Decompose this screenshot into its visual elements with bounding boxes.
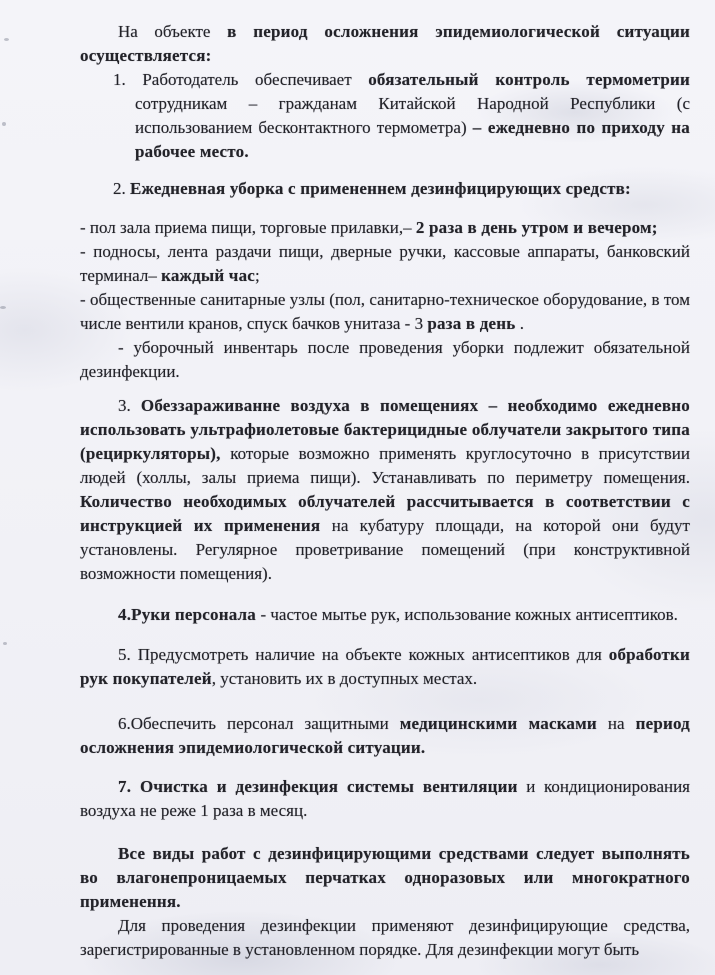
text-run-bold: 7. Очистка и дезинфекция системы вентиля… [118,777,518,796]
paragraph-item-3: 3. Обеззараживанне воздуха в помещениях … [80,394,690,586]
scan-artifact [4,38,9,41]
list-item-2-heading: 2. Ежедневная уборка с примененнем дезин… [80,177,690,201]
text-run-bold: каждый час [161,266,255,285]
text-run: - уборочный инвентарь после проведения у… [80,338,690,381]
paragraph-item-7: 7. Очистка и дезинфекция системы вентиля… [80,775,690,823]
text-run-bold: медицинскими масками [400,714,597,733]
scan-artifact [2,122,6,126]
paragraph-intro: На объекте в период осложнения эпидемиол… [80,20,690,68]
bullet-inventory: - уборочный инвентарь после проведения у… [80,336,690,384]
paragraph-work-rules: Все виды работ с дезинфицирующими средст… [80,842,690,914]
text-run: , установить их в доступных местах. [212,669,477,688]
text-run: Для проведения дезинфекции применяют дез… [80,916,690,959]
text-run: - общественные санитарные узлы (пол, сан… [80,290,690,333]
text-run: На объекте [118,22,227,41]
text-run-bold: 4.Руки персонала [118,605,260,624]
text-run: 5. Предусмотреть наличие на объекте кожн… [118,645,609,664]
text-run: 1. Работодатель обеспечивает [113,70,368,89]
text-run-bold: Ежедневная уборка с примененнем дезинфиц… [130,179,631,198]
text-run: 6.Обеспечить персонал защитными [118,714,400,733]
bullet-sanitary: - общественные санитарные узлы (пол, сан… [80,288,690,336]
text-run: 2. [113,179,130,198]
text-run-bold: раза в день [427,314,515,333]
text-run-bold: Все виды работ с дезинфицирующими средст… [80,844,690,911]
paragraph-item-4: 4.Руки персонала - частое мытье рук, исп… [80,603,690,627]
text-run-bold: 2 раза в день утром и вечером; [416,218,658,237]
list-item-1: 1. Работодатель обеспечивает обязательны… [80,68,690,164]
text-run-bold: обязательный контроль термометрии [368,70,690,89]
scanned-document-page: На объекте в период осложнения эпидемиол… [0,0,715,975]
paragraph-item-5: 5. Предусмотреть наличие на объекте кожн… [80,643,690,691]
text-run: 3. [118,396,141,415]
text-run: ; [255,266,260,285]
scan-artifact [0,306,6,309]
scan-artifact [3,642,7,645]
text-run: - пол зала приема пищи, торговые прилавк… [80,218,416,237]
text-run: . [515,314,524,333]
bullet-floors: - пол зала приема пищи, торговые прилавк… [80,216,690,240]
text-run: на [597,714,636,733]
paragraph-disinfect-note: Для проведения дезинфекции применяют дез… [80,914,690,962]
text-run: - частое мытье рук, использование кожных… [260,605,677,624]
paragraph-item-6: 6.Обеспечить персонал защитными медицинс… [80,712,690,760]
bullet-trays: - подносы, лента раздачи пищи, дверные р… [80,240,690,288]
